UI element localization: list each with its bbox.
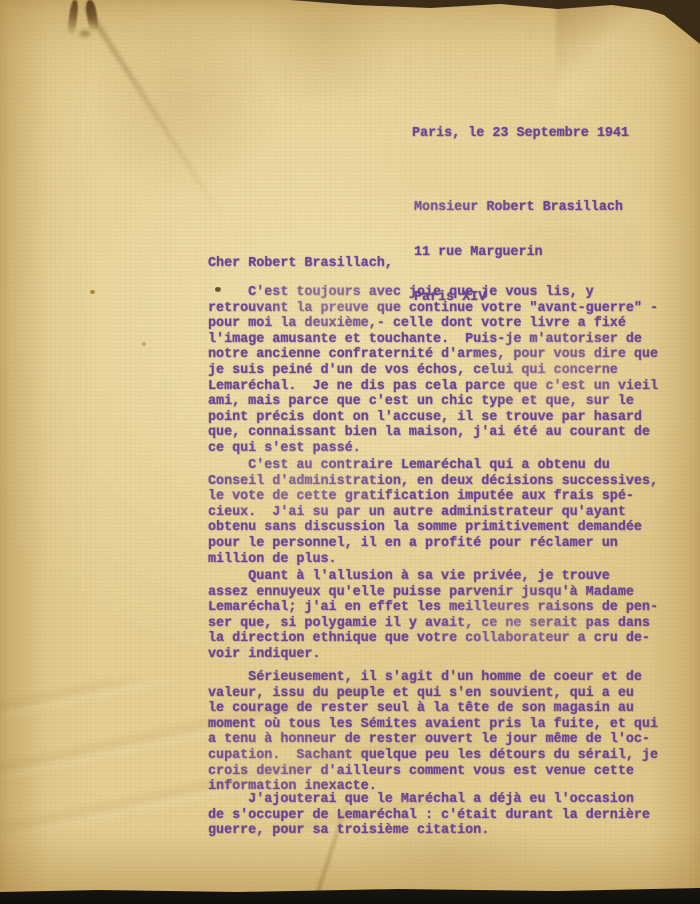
paragraph-4: Sérieusement, il s'agit d'un homme de co… [208, 670, 658, 795]
paragraph-1: C'est toujours avec joie que je vous lis… [208, 285, 658, 457]
recipient-street: 11 rue Marguerin [414, 245, 623, 260]
paragraph-2: C'est au contraire Lemaréchal qui a obte… [208, 458, 658, 567]
dateline: Paris, le 23 Septembre 1941 [412, 126, 629, 142]
paragraph-5: J'ajouterai que le Maréchal a déjà eu l'… [208, 792, 650, 839]
staple-tear-mark [67, 0, 79, 36]
staple-tear-mark [85, 0, 100, 33]
recipient-name: Monsieur Robert Brasillach [414, 200, 623, 215]
ink-speck [142, 342, 146, 346]
paragraph-3: Quant à l'allusion à sa vie privée, je t… [208, 569, 658, 663]
ink-speck [90, 290, 95, 294]
scanned-letter: Paris, le 23 Septembre 1941 Monsieur Rob… [0, 0, 700, 904]
bent-corner-crease [556, 6, 700, 122]
paper-crease [84, 6, 234, 235]
letter-page: Paris, le 23 Septembre 1941 Monsieur Rob… [0, 0, 700, 904]
salutation: Cher Robert Brasillach, [208, 256, 393, 272]
staple-tear-mark [77, 28, 93, 39]
paper-crease-shadow [100, 30, 330, 270]
paper-fold-shadow [220, 0, 410, 170]
